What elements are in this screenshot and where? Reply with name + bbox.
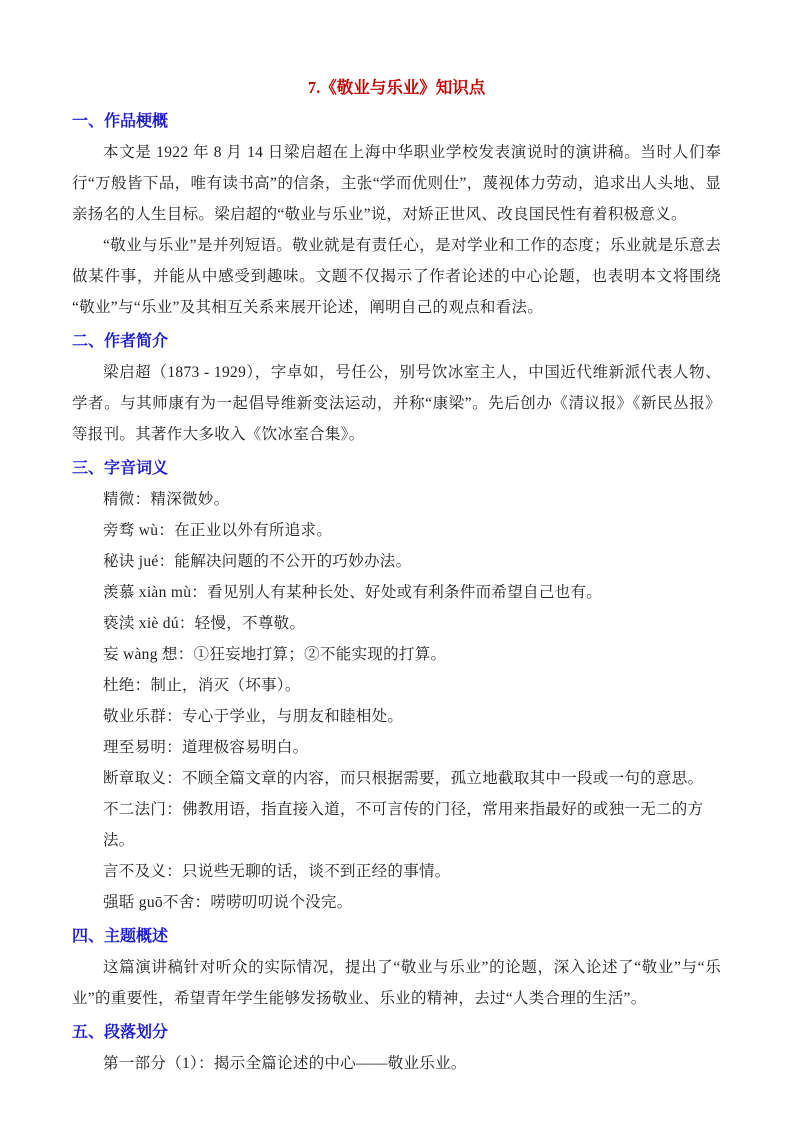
document-title: 7.《敬业与乐业》知识点: [72, 72, 721, 103]
word-entry: 言不及义：只说些无聊的话，谈不到正经的事情。: [72, 856, 721, 887]
section-heading-1: 一、作品梗概: [72, 106, 721, 137]
section-heading-5: 五、段落划分: [72, 1017, 721, 1048]
paragraph: 这篇演讲稿针对听众的实际情况，提出了“敬业与乐业”的论题，深入论述了“敬业”与“…: [72, 952, 721, 1014]
section-heading-2: 二、作者简介: [72, 326, 721, 357]
word-entry: 旁骛 wù：在正业以外有所追求。: [72, 515, 721, 546]
document-page: 7.《敬业与乐业》知识点 一、作品梗概 本文是 1922 年 8 月 14 日梁…: [0, 0, 793, 1122]
paragraph: 本文是 1922 年 8 月 14 日梁启超在上海中华职业学校发表演说时的演讲稿…: [72, 137, 721, 230]
word-entry: 断章取义：不顾全篇文章的内容，而只根据需要，孤立地截取其中一段或一句的意思。: [72, 763, 721, 794]
section-heading-4: 四、主题概述: [72, 921, 721, 952]
paragraph: 第一部分（1）：揭示全篇论述的中心——敬业乐业。: [72, 1048, 721, 1079]
word-entry: 精微：精深微妙。: [72, 484, 721, 515]
section-heading-3: 三、字音词义: [72, 453, 721, 484]
word-entry: 羡慕 xiàn mù：看见别人有某种长处、好处或有利条件而希望自己也有。: [72, 577, 721, 608]
word-entry: 秘诀 jué：能解决问题的不公开的巧妙办法。: [72, 546, 721, 577]
word-entry: 亵渎 xiè dú：轻慢，不尊敬。: [72, 608, 721, 639]
word-entry: 强聒 guō不舍：唠唠叨叨说个没完。: [72, 887, 721, 918]
word-entry: 不二法门：佛教用语，指直接入道，不可言传的门径，常用来指最好的或独一无二的方法。: [72, 794, 721, 856]
word-entry: 敬业乐群：专心于学业，与朋友和睦相处。: [72, 701, 721, 732]
word-entry: 理至易明：道理极容易明白。: [72, 732, 721, 763]
paragraph: “敬业与乐业”是并列短语。敬业就是有责任心，是对学业和工作的态度；乐业就是乐意去…: [72, 230, 721, 323]
word-entry: 杜绝：制止，消灭（坏事）。: [72, 670, 721, 701]
paragraph: 梁启超（1873 - 1929），字卓如，号任公，别号饮冰室主人，中国近代维新派…: [72, 357, 721, 450]
word-entry: 妄 wàng 想：①狂妄地打算；②不能实现的打算。: [72, 639, 721, 670]
